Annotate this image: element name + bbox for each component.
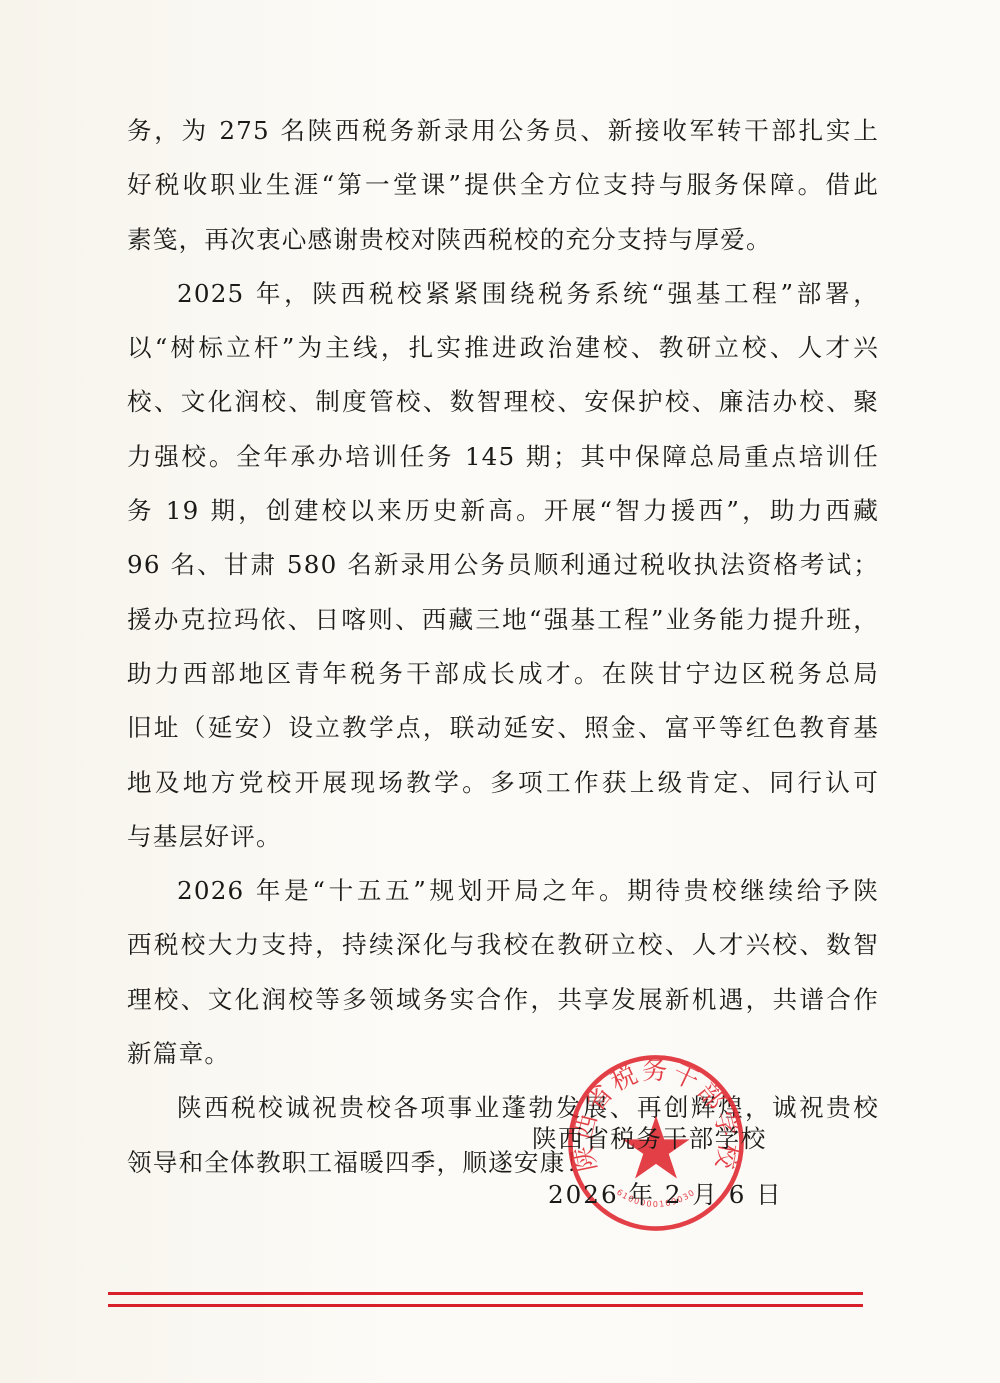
paragraph-2: 2025 年，陕西税校紧紧围绕税务系统“强基工程”部署， 以“树标立杆”为主线，… [127, 267, 879, 864]
text-line: 2026 年是“十五五”规划开局之年。期待贵校继续给予陕 [127, 864, 879, 918]
text-line: 96 名、甘肃 580 名新录用公务员顺利通过税收执法资格考试； [127, 538, 879, 592]
text-line: 以“树标立杆”为主线，扎实推进政治建校、教研立校、人才兴 [127, 321, 879, 375]
paragraph-1: 务，为 275 名陕西税务新录用公务员、新接收军转干部扎实上 好税收职业生涯“第… [127, 104, 879, 267]
text-line: 力强校。全年承办培训任务 145 期；其中保障总局重点培训任 [127, 430, 879, 484]
text-line: 务，为 275 名陕西税务新录用公务员、新接收军转干部扎实上 [127, 104, 879, 158]
text-line: 2025 年，陕西税校紧紧围绕税务系统“强基工程”部署， [127, 267, 879, 321]
text-line: 地及地方党校开展现场教学。多项工作获上级肯定、同行认可 [127, 756, 879, 810]
text-line: 理校、文化润校等多领域务实合作，共享发展新机遇，共谱合作 [127, 973, 879, 1027]
footer-red-rule-bottom [108, 1304, 863, 1307]
footer-red-rule-top [108, 1292, 863, 1295]
text-line: 新篇章。 [127, 1027, 879, 1081]
text-line: 务 19 期，创建校以来历史新高。开展“智力援西”，助力西藏 [127, 484, 879, 538]
paragraph-3: 2026 年是“十五五”规划开局之年。期待贵校继续给予陕 西税校大力支持，持续深… [127, 864, 879, 1081]
text-line: 旧址（延安）设立教学点，联动延安、照金、富平等红色教育基 [127, 701, 879, 755]
letter-body: 务，为 275 名陕西税务新录用公务员、新接收军转干部扎实上 好税收职业生涯“第… [127, 104, 879, 1190]
text-line: 校、文化润校、制度管校、数智理校、安保护校、廉洁办校、聚 [127, 375, 879, 429]
letter-page: 务，为 275 名陕西税务新录用公务员、新接收军转干部扎实上 好税收职业生涯“第… [0, 0, 1000, 1383]
text-line: 素笺，再次衷心感谢贵校对陕西税校的充分支持与厚爱。 [127, 213, 879, 267]
text-line: 助力西部地区青年税务干部成长成才。在陕甘宁边区税务总局 [127, 647, 879, 701]
signature-date: 2026 年 2 月 6 日 [548, 1180, 783, 1210]
signature-organization: 陕西省税务干部学校 [532, 1124, 767, 1154]
text-line: 西税校大力支持，持续深化与我校在教研立校、人才兴校、数智 [127, 918, 879, 972]
text-line: 与基层好评。 [127, 810, 879, 864]
text-line: 援办克拉玛依、日喀则、西藏三地“强基工程”业务能力提升班， [127, 593, 879, 647]
text-line: 好税收职业生涯“第一堂课”提供全方位支持与服务保障。借此 [127, 158, 879, 212]
